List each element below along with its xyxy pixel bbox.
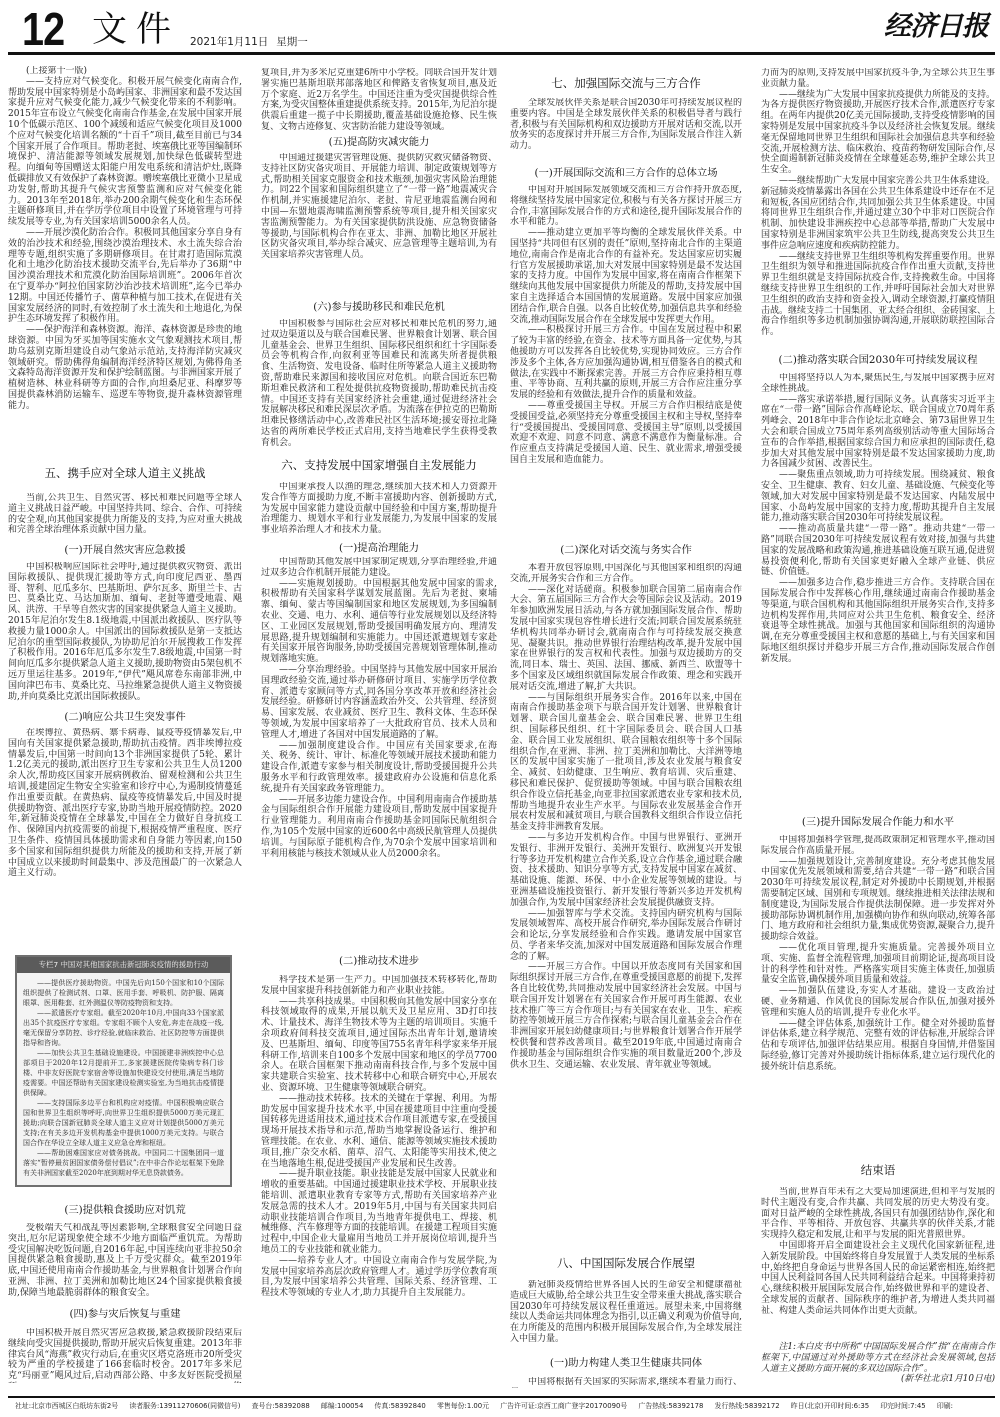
footer-printer: 印刷: — [937, 1402, 953, 1410]
paragraph: 中国对开展国际发展领域交流和三方合作持开放态度,将继续坚持发展中国家定位,积极与… — [510, 185, 742, 228]
paragraph: ——推动高质量共建“一带一路”。推动共建“一带一路”同联合国2030年可持续发展… — [761, 524, 995, 578]
paragraph: ——提升职业技能。职业技能是发展中国家人民就业和增收的重要基础。中国通过援建职业… — [261, 1169, 497, 1255]
masthead-rule — [8, 52, 995, 55]
paragraph: ——继续支持世界卫生组织等机构发挥重要作用。世界卫生组织为领导和推进国际抗疫合作… — [761, 252, 995, 338]
subsection-heading: (三)提升国际发展合作能力和水平 — [761, 815, 995, 829]
subsection-heading: (二)推动技术进步 — [261, 954, 497, 968]
paragraph: ——开展沙漠化防治合作。积极同其他国家分享自身有效的治沙技术和经验,围绕沙漠治理… — [8, 228, 242, 325]
sidebar-title: 专栏7 中国对其他国家抗击新冠肺炎疫情的援助行动 — [17, 957, 230, 973]
paragraph: ——培养专业人才。中国设立南南合作与发展学院,为发展中国家培养高层次政府管理人才… — [261, 1256, 497, 1299]
text-block: 中国通过援建灾害管理设施、提供防灾救灾储备物资、支持社区防灾备灾项目、开展能力培… — [261, 153, 497, 294]
sidebar-item: ——支持国际多边平台和机构应对疫情。中国积极响应联合国和世界卫生组织等呼吁,向世… — [23, 1098, 224, 1148]
paragraph: ——深化对话磋商。积极参加联合国第二届南南合作大会、第五届国际三方合作大会等国际… — [510, 585, 742, 693]
subsection-heading: (一)开展自然灾害应急救援 — [8, 543, 242, 557]
paragraph: ——继续帮助广大发展中国家完善公共卫生体系建设。新冠肺炎疫情暴露出各国在公共卫生… — [761, 176, 995, 252]
newspaper-page: 12 文件 2021年1月11日星期一 经济日报 (上接第十一版) ——支持应对… — [0, 0, 1000, 1417]
section-heading: 七、加强国际交流与三方合作 — [510, 75, 742, 91]
paragraph: 新冠肺炎疫情给世界各国人民的生命安全和健康福祉造成巨大威胁,给全球公共卫生安全带… — [510, 1280, 742, 1345]
paragraph: 中国帮助其他发展中国家制定规划,分享治理经验,并通过双多边合作机制开展能力建设。 — [261, 557, 497, 579]
text-block: 本着开放包容原则,中国深化与其他国家和组织的沟通交流,开展务实合作和三方合作。 … — [510, 563, 742, 1244]
text-block: 中国将加强科学管理,提高政策制定和管理水平,推动国际发展合作高质量开展。 ——加… — [761, 835, 995, 1150]
footer-print-start: 昨日(北京)开印时间:6:35 — [791, 1402, 869, 1410]
paragraph: ——加强多边合作,稳步推进三方合作。支持联合国在国际发展合作中发挥核心作用,继续… — [761, 578, 995, 664]
subsection-heading: (三)提供粮食援助应对饥荒 — [8, 1203, 242, 1217]
section-heading: 五、携手应对全球人道主义挑战 — [8, 465, 242, 481]
subsection-heading: (二)推动落实联合国2030年可持续发展议程 — [761, 353, 995, 367]
subsection-heading: (四)参与灾后恢复与重建 — [8, 1307, 242, 1321]
paragraph: ——与多边开发机构合作。中国与世界银行、亚洲开发银行、非洲开发银行、美洲开发银行… — [510, 833, 742, 909]
paragraph: ——与国际组织开展务实合作。2016年以来,中国在南南合作援助基金项下与联合国开… — [510, 693, 742, 833]
paragraph: ——推动技术转移。技术的关键在于掌握、利用。为帮助发展中国家提升技术水平,中国在… — [261, 1094, 497, 1170]
text-block: 受极端天气和战乱等因素影响,全球粮食安全问题日益突出,厄尔尼诺现象使全球不少地方… — [8, 1223, 242, 1299]
paragraph: ——开展三方合作。中国以开放态度同有关国家和国际组织探讨开展三方合作,在尊重受援… — [510, 962, 742, 1070]
text-block: 科学技术是第一生产力。中国加强技术转移转化,帮助发展中国家提升科技创新能力和产业… — [261, 975, 497, 1386]
paragraph: 中国将坚持以人为本,聚焦民生,与发展中国家携手应对全球性挑战。 — [761, 373, 995, 395]
text-block: 中国将坚持以人为本,聚焦民生,与发展中国家携手应对全球性挑战。 ——落实承诺举措… — [761, 373, 995, 807]
issue-date: 2021年1月11日星期一 — [190, 36, 316, 48]
paragraph: ——尊重受援国主导权。开展三方合作归根结底是使受援国受益,必须坚持充分尊重受援国… — [510, 401, 742, 466]
footer-price: 零售每份:1.00元 — [437, 1402, 489, 1410]
subsection-heading: (二)响应公共卫生突发事件 — [8, 710, 242, 724]
paragraph: ——保护海洋和森林资源。海洋、森林资源是珍贵的地球资源。中国为牙买加等国实施水文… — [8, 325, 242, 411]
paper-logo: 经济日报 — [884, 9, 988, 45]
paragraph: ——积极探讨开展三方合作。中国在发展过程中积累了较为丰富的经验,在资金、技术等方… — [510, 325, 742, 401]
paragraph: ——共享科技成果。中国积极向其他发展中国家分享在科技领域取得的成果,开展以航天及… — [261, 997, 497, 1094]
paragraph: ——聚焦重点领域,助力可持续发展。围绕减贫、粮食安全、卫生健康、教育、妇女儿童、… — [761, 470, 995, 524]
footer-info: 社址:北京市西城区白纸坊东街2号 读者服务:13911270606(同微信号) … — [15, 1401, 995, 1411]
paragraph: 本着开放包容原则,中国深化与其他国家和组织的沟通交流,开展务实合作和三方合作。 — [510, 563, 742, 585]
paragraph: ——开展多边能力建设合作。中国利用南南合作援助基金与国际组织合作开展能力建设项目… — [261, 795, 497, 860]
paragraph: 当前,世界百年未有之大变局加速演进,但和平与发展的时代主题没有变,合作共赢、共同… — [761, 1187, 995, 1241]
paragraph: ——分享治理经验。中国坚持与其他发展中国家开展治国理政经验交流,通过举办研修研讨… — [261, 665, 497, 741]
text-block: 当前,世界百年未有之大变局加速演进,但和平与发展的时代主题没有变,合作共赢、共同… — [761, 1187, 995, 1328]
paragraph: 中国将加强科学管理,提高政策制定和管理水平,推动国际发展合作高质量开展。 — [761, 835, 995, 857]
subsection-heading: (一)提高治理能力 — [261, 541, 497, 555]
text-block: 中国积极响应国际社会呼吁,通过提供救灾物资、派出国际救援队、提供现汇援助等方式,… — [8, 562, 242, 703]
section-heading: 八、中国国际发展合作展望 — [510, 1255, 742, 1271]
paragraph: 中国将根据有关国家的实际需求,继续本着量力而行、尽 — [510, 1377, 742, 1388]
paragraph: ——实施规划援助。中国根据其他发展中国家的需求,积极帮助有关国家科学谋划发展蓝图… — [261, 579, 497, 665]
footer-address: 社址:北京市西城区白纸坊东街2号 — [15, 1402, 118, 1410]
paragraph: ——加强制度建设合作。中国应有关国家要求,在海关、税务、统计、审计、标准化等领域… — [261, 741, 497, 795]
paragraph: 中国通过援建灾害管理设施、提供防灾救灾储备物资、支持社区防灾备灾项目、开展能力培… — [261, 153, 497, 261]
text-block: 中国积极开展自然灾害应急救援,紧急救援阶段结束后继续向受灾国提供援助,帮助开展灾… — [8, 1328, 242, 1383]
subsection-heading: (一)开展国际交流和三方合作的总体立场 — [510, 166, 742, 180]
paragraph: 受极端天气和战乱等因素影响,全球粮食安全问题日益突出,厄尔尼诺现象使全球不少地方… — [8, 1223, 242, 1299]
text-block: 全球发展伙伴关系是联合国2030年可持续发展议程的重要内容。中国是全球发展伙伴关… — [510, 98, 742, 153]
footnote: 注1:本白皮书中所称“中国国际发展合作”指“在南南合作框架下,中国通过对外援助等… — [761, 1342, 995, 1375]
footer-reader-service: 读者服务:13911270606(同微信号) — [129, 1402, 240, 1410]
sidebar-body: ——提供医疗援助物资。中国先后向150个国家和10个国际组织提供了检测试剂、口罩… — [17, 973, 230, 1178]
text-block: 中国秉承授人以渔的理念,继续加大技术和人力资源开发合作等方面援助力度,不断丰富援… — [261, 482, 497, 537]
paragraph: 当前,公共卫生、自然灾害、移民和难民问题等全球人道主义挑战日益严峻。中国坚持共同… — [8, 493, 242, 536]
footer-fax: 传真:58392840 — [375, 1402, 426, 1410]
text-block: 力而为的原则,支持发展中国家抗疫斗争,为全球公共卫生事业贡献力量。 ——继续为广… — [761, 68, 995, 350]
paragraph: ——加强规划设计,完善制度建设。充分考虑其他发展中国家优先发展领域和需要,结合共… — [761, 857, 995, 943]
text-block: 中国对开展国际发展领域交流和三方合作持开放态度,将继续坚持发展中国家定位,积极与… — [510, 185, 742, 541]
footer-ad-license: 广告许可证:京西工商广登字20170090号 — [500, 1402, 627, 1410]
section-heading: 六、支持发展中国家增强自主发展能力 — [261, 457, 497, 473]
text-block: 当前,公共卫生、自然灾害、移民和难民问题等全球人道主义挑战日益严峻。中国坚持共同… — [8, 493, 242, 537]
paragraph: ——加强智库与学术交流。支持国内研究机构与国际发展领域智库、高校开展合作研究,举… — [510, 909, 742, 963]
footer-postcode: 邮编:100054 — [321, 1402, 363, 1410]
paragraph: ——推动建立更加平等均衡的全球发展伙伴关系。中国坚持“共同但有区别的责任”原则,… — [510, 228, 742, 325]
paragraph-continued: 力而为的原则,支持发展中国家抗疫斗争,为全球公共卫生事业贡献力量。 — [761, 68, 995, 90]
subsection-heading: (五)提高防灾减灾能力 — [261, 135, 497, 149]
text-block: 中国积极参与国际社会应对移民和难民危机的努力,通过双边渠道以及与联合国难民署、世… — [261, 319, 497, 449]
paragraph: ——健全评估体系,加强统计工作。健全对外援助监督评估体系,建立科学规范、完整有效… — [761, 1019, 995, 1073]
sidebar-box: 专栏7 中国对其他国家抗击新冠肺炎疫情的援助行动 ——提供医疗援助物资。中国先后… — [15, 955, 232, 1187]
paragraph: ——落实承诺举措,履行国际义务。认真落实习近平主席在“一带一路”国际合作高峰论坛… — [761, 395, 995, 471]
text-block: (上接第十一版) ——支持应对气候变化。积极开展气候变化南南合作,帮助发展中国家… — [8, 66, 242, 454]
sidebar-item: ——帮助困难国家应对债务挑战。中国同二十国集团同一道落实“暂停最贫困国家债务偿付… — [23, 1148, 224, 1178]
sidebar-item: ——派遣医疗专家组。截至2020年10月,中国向33个国家派出35个抗疫医疗专家… — [23, 1008, 224, 1048]
paragraph: ——继续为广大发展中国家抗疫提供力所能及的支持。为各方提供医疗物资援助,开展医疗… — [761, 90, 995, 176]
footnote-text: 注1:本白皮书中所称“中国国际发展合作”指“在南南合作框架下,中国通过对外援助等… — [761, 1342, 995, 1374]
weekday-text: 星期一 — [276, 36, 308, 48]
footer-distribution-hotline: 发行热线:58392172 — [715, 1402, 780, 1410]
footer-directory: 查号台:58392088 — [252, 1402, 310, 1410]
page-number: 12 — [22, 6, 64, 52]
text-block: 复项目,并为多米尼克重建6所中小学校。同联合国开发计划署实施巴基斯坦联邦部落地区… — [261, 68, 497, 133]
text-block: 中国帮助其他发展中国家制定规划,分享治理经验,并通过双多边合作机制开展能力建设。… — [261, 557, 497, 948]
paragraph: ——加强队伍建设,夯实人才基础。建设一支政治过硬、业务精通、作风优良的国际发展合… — [761, 986, 995, 1018]
section-name: 文件 — [92, 11, 180, 49]
dateline: (新华社北京1月10日电) — [761, 1374, 995, 1385]
paragraph: ——优化项目管理,提升实施质量。完善援外项目立项、实施、监督全流程管理,加强项目… — [761, 943, 995, 986]
conclusion-heading: 结束语 — [761, 1162, 995, 1178]
text-block: 在埃博拉、黄热病、寨卡病毒、鼠疫等疫情暴发后,中国向有关国家提供紧急援助,帮助抗… — [8, 728, 242, 934]
paragraph: 科学技术是第一生产力。中国加强技术转移转化,帮助发展中国家提升科技创新能力和产业… — [261, 975, 497, 997]
paragraph: 中国积极响应国际社会呼吁,通过提供救灾物资、派出国际救援队、提供现汇援助等方式,… — [8, 562, 242, 702]
sidebar-item: ——提供医疗援助物资。中国先后向150个国家和10个国际组织提供了检测试剂、口罩… — [23, 978, 224, 1008]
footer-ad-hotline: 广告热线:58392178 — [638, 1402, 703, 1410]
paragraph: ——支持应对气候变化。积极开展气候变化南南合作,帮助发展中国家特别是小岛屿国家、… — [8, 77, 242, 228]
subsection-heading: (六)参与援助移民和难民危机 — [261, 300, 497, 314]
paragraph: 中国秉承授人以渔的理念,继续加大技术和人力资源开发合作等方面援助力度,不断丰富援… — [261, 482, 497, 536]
footer-print-end: 印完时间:7:45 — [880, 1402, 925, 1410]
subsection-heading: (一)助力构建人类卫生健康共同体 — [510, 1356, 742, 1370]
continued-from-note: (上接第十一版) — [8, 66, 242, 77]
date-text: 2021年1月11日 — [190, 36, 268, 48]
text-block: 新冠肺炎疫情给世界各国人民的生命安全和健康福祉造成巨大威胁,给全球公共卫生安全带… — [510, 1280, 742, 1346]
paragraph: 中国积极开展自然灾害应急救援,紧急救援阶段结束后继续向受灾国提供援助,帮助开展灾… — [8, 1328, 242, 1383]
footer-rule — [8, 1396, 995, 1398]
paragraph: 中国积极参与国际社会应对移民和难民危机的努力,通过双边渠道以及与联合国难民署、世… — [261, 319, 497, 449]
paragraph: 在埃博拉、黄热病、寨卡病毒、鼠疫等疫情暴发后,中国向有关国家提供紧急援助,帮助抗… — [8, 728, 242, 879]
text-block: 中国将根据有关国家的实际需求,继续本着量力而行、尽 — [510, 1377, 742, 1388]
sidebar-item: ——加快公共卫生基础设施建设。中国援建非洲疾控中心总部项目于2020年12月提前… — [23, 1048, 224, 1098]
paragraph-continued: 复项目,并为多米尼克重建6所中小学校。同联合国开发计划署实施巴基斯坦联邦部落地区… — [261, 68, 497, 133]
subsection-heading: (二)深化对话交流与务实合作 — [510, 543, 742, 557]
paragraph: 中国即将开启全面建设社会主义现代化国家新征程,进入新发展阶段。中国始终将自身发展… — [761, 1241, 995, 1317]
paragraph: 全球发展伙伴关系是联合国2030年可持续发展议程的重要内容。中国是全球发展伙伴关… — [510, 98, 742, 152]
